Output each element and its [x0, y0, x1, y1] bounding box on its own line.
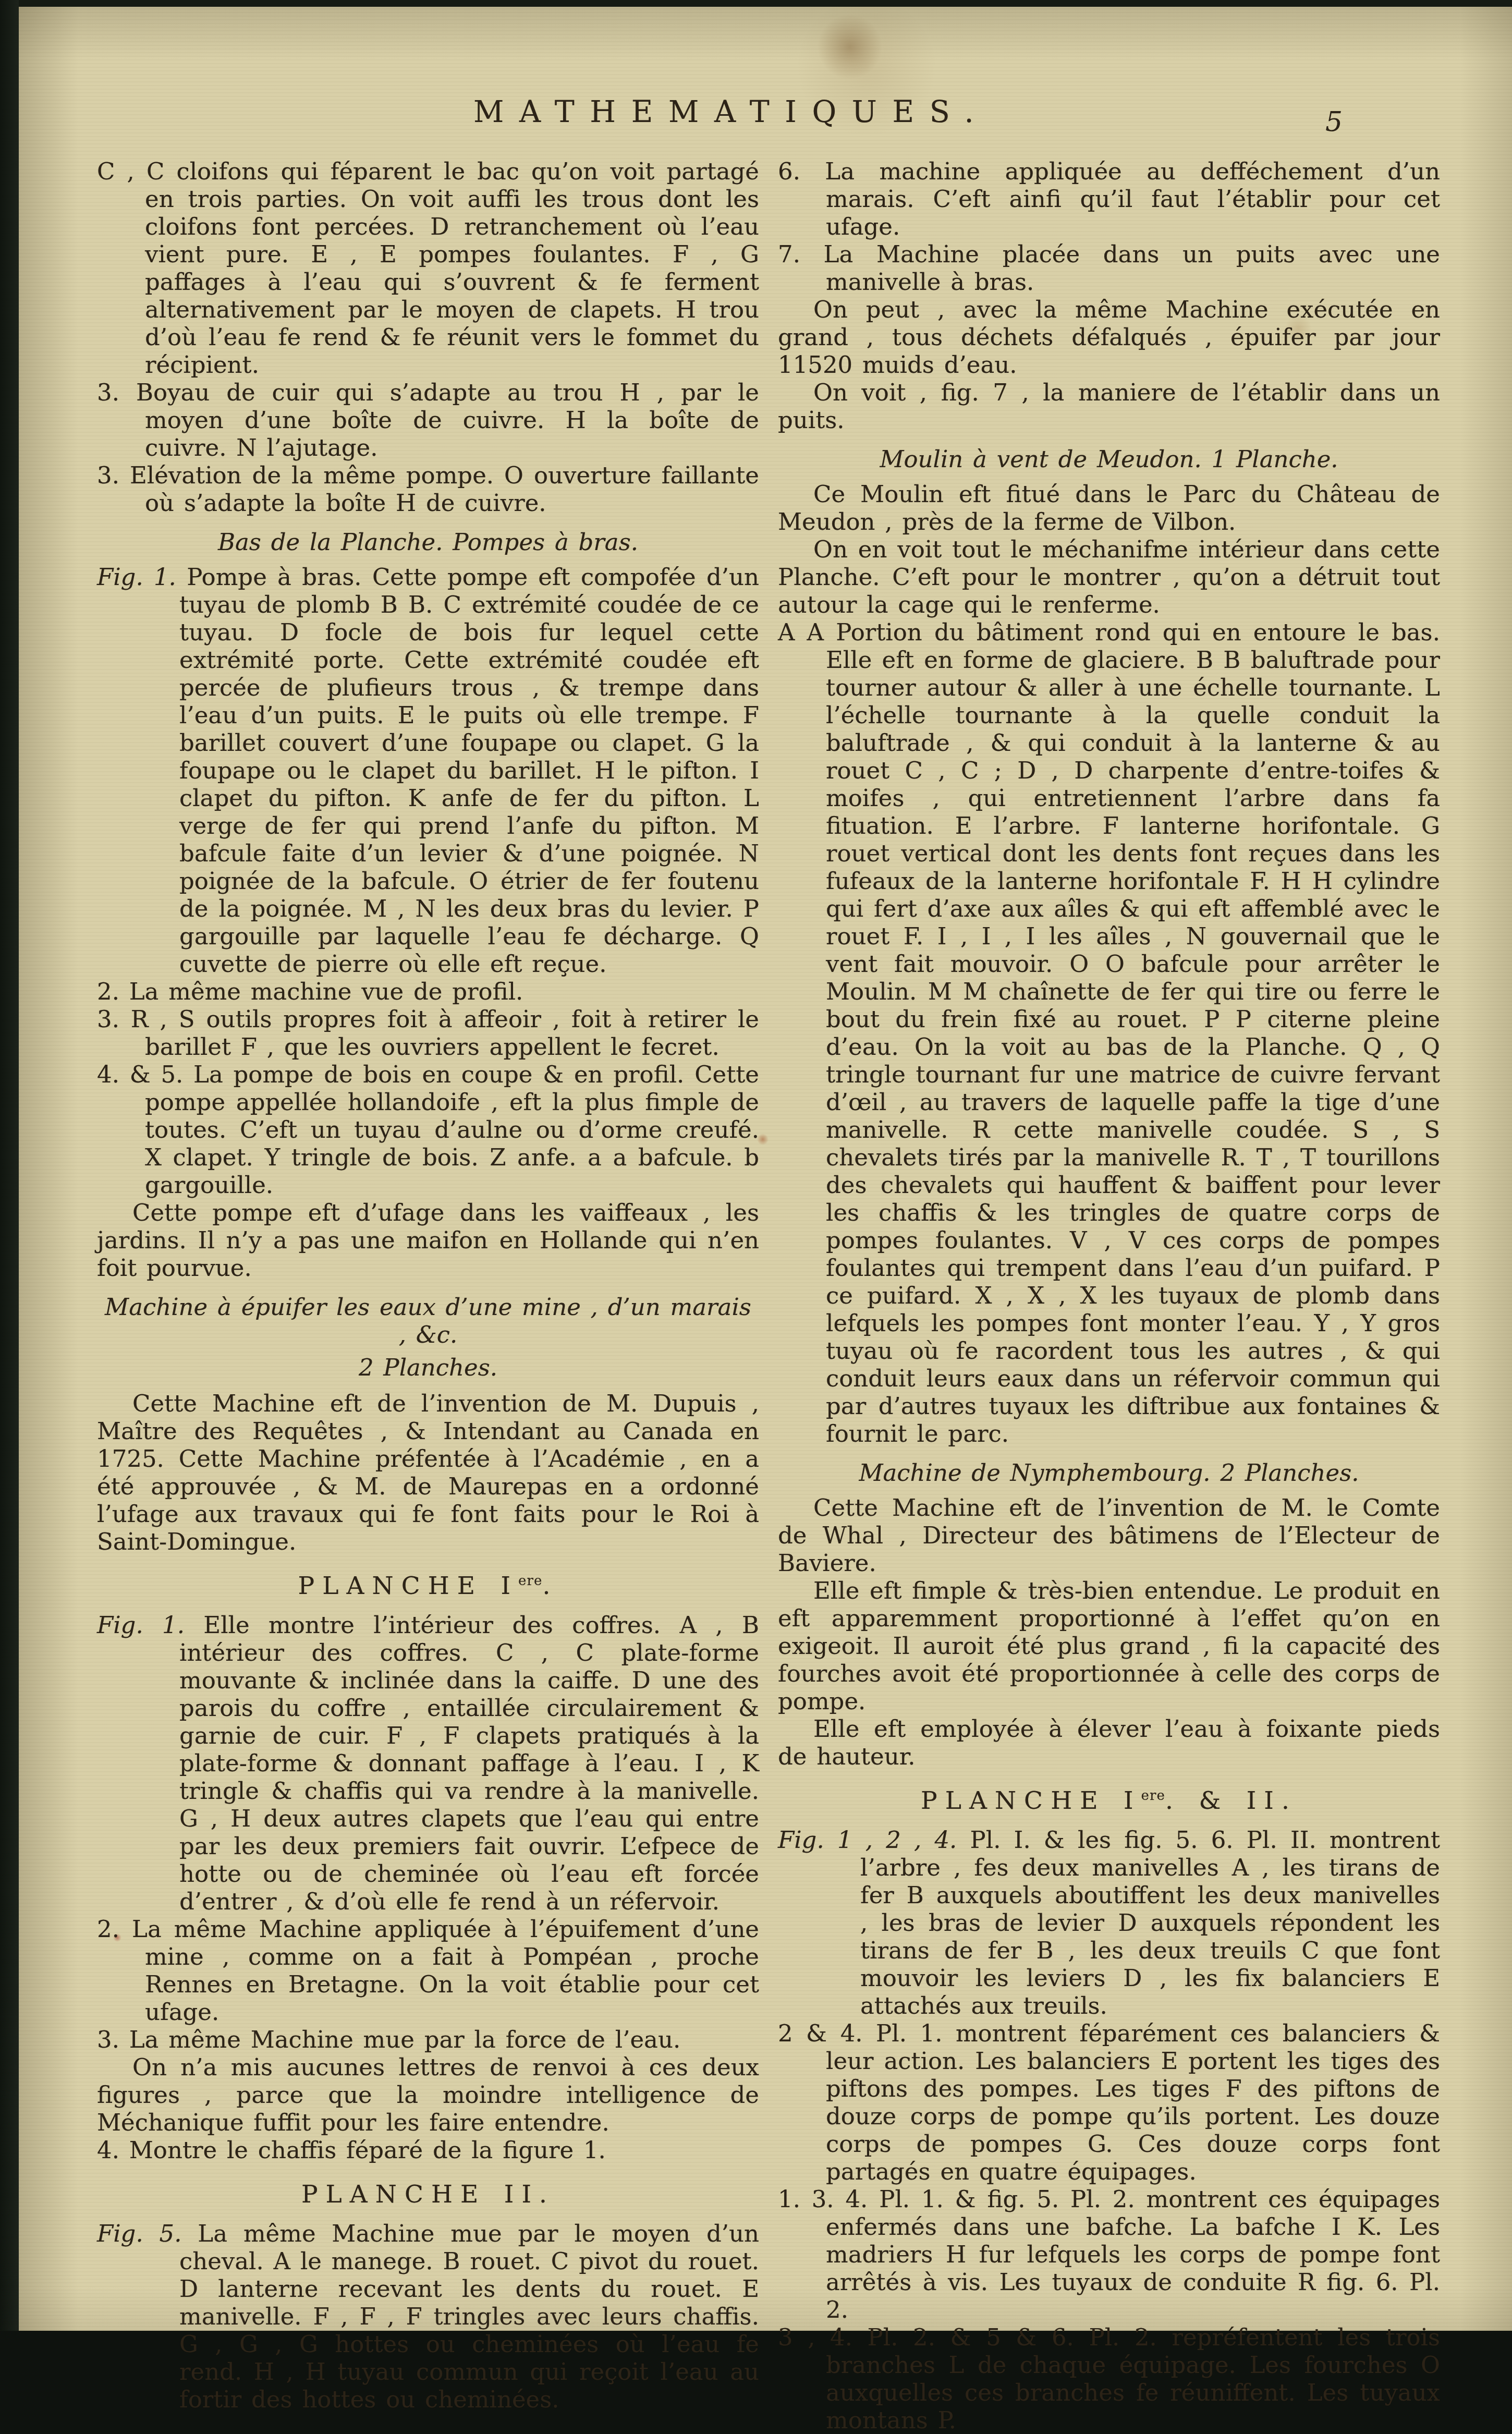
- figure-entry: 7. La Machine placée dans un puits avec …: [778, 240, 1440, 296]
- entry-label: 6.: [778, 157, 800, 185]
- entry-label: C , C: [97, 157, 164, 185]
- plate-heading: PLANCHE Iere.: [97, 1572, 759, 1600]
- figure-entry: Fig. 5. La même Machine mue par le moyen…: [97, 2220, 759, 2331]
- figure-entry: 3. R , S outils propres foit à affeoir ,…: [97, 1005, 759, 1061]
- paragraph: On peut , avec la même Machine exécutée …: [778, 296, 1440, 379]
- paragraph: Cette Machine eft de l’invention de M. l…: [778, 1494, 1440, 1577]
- entry-label: 4.: [97, 2136, 119, 2164]
- scan-edge-left: [0, 0, 19, 2331]
- page-title: MATHEMATIQUES.: [473, 95, 989, 129]
- section-heading: Machine de Nymphembourg. 2 Planches.: [778, 1459, 1440, 1487]
- entry-label: 2.: [97, 1915, 119, 1943]
- section-heading: Moulin à vent de Meudon. 1 Planche.: [778, 445, 1440, 473]
- page-number: 5: [1325, 106, 1343, 138]
- plate-heading-superscript: ere: [518, 1573, 542, 1589]
- figure-entry: Fig. 1 , 2 , 4. Pl. I. & les fig. 5. 6. …: [778, 1826, 1440, 2019]
- plate-heading: PLANCHE Iere. & II.: [778, 1787, 1440, 1815]
- entry-label: Fig. 1 , 2 , 4.: [778, 1826, 957, 1854]
- figure-entry: 1. 3. 4. Pl. 1. & fig. 5. Pl. 2. montren…: [778, 2185, 1440, 2323]
- entry-label: 3.: [97, 461, 119, 489]
- paragraph: Elle eft employée à élever l’eau à foixa…: [778, 1715, 1440, 1770]
- plate-heading-superscript: ere: [1141, 1788, 1165, 1804]
- paragraph: Ce Moulin eft fitué dans le Parc du Chât…: [778, 480, 1440, 536]
- figure-entry: 6. La machine appliquée au defféchement …: [778, 157, 1440, 240]
- section-heading: Machine à épuifer les eaux d’une mine , …: [97, 1293, 759, 1348]
- entry-label: 4. & 5.: [97, 1061, 183, 1088]
- entry-label: 3.: [97, 2026, 119, 2053]
- entry-label: Fig. 1.: [97, 1611, 185, 1639]
- figure-entry: 3 , 4. Pl. 2. & 5 & 6. Pl. 2. repréfente…: [778, 2323, 1440, 2331]
- figure-entry: 3. Boyau de cuir qui s’adapte au trou H …: [97, 379, 759, 461]
- paragraph: On en voit tout le méchanifme intérieur …: [778, 536, 1440, 618]
- plate-heading: PLANCHE II.: [97, 2181, 759, 2208]
- figure-entry: 2. La même machine vue de profil.: [97, 978, 759, 1005]
- figure-entry: Fig. 1. Pompe à bras. Cette pompe eft co…: [97, 563, 759, 978]
- figure-entry: 2 & 4. Pl. 1. montrent féparément ces ba…: [778, 2019, 1440, 2185]
- column-left: C , C cloifons qui féparent le bac qu’on…: [97, 157, 759, 2331]
- text-columns: C , C cloifons qui féparent le bac qu’on…: [97, 157, 1440, 2331]
- entry-label: Fig. 1.: [97, 563, 176, 591]
- entry-label: 7.: [778, 240, 800, 268]
- entry-label: 2 & 4.: [778, 2019, 863, 2047]
- scan-edge-top: [0, 0, 1512, 7]
- paragraph: Cette pompe eft d’ufage dans les vaiffea…: [97, 1199, 759, 1282]
- figure-entry: Fig. 1. Elle montre l’intérieur des coff…: [97, 1611, 759, 1915]
- figure-entry: 3. La même Machine mue par la force de l…: [97, 2026, 759, 2053]
- entry-label: 2.: [97, 978, 119, 1005]
- entry-label: 3.: [97, 1005, 119, 1033]
- entry-label: 3.: [97, 379, 119, 406]
- entry-label: A A: [778, 618, 824, 646]
- figure-entry: 4. & 5. La pompe de bois en coupe & en p…: [97, 1061, 759, 1199]
- figure-entry: 3. Elévation de la même pompe. O ouvertu…: [97, 461, 759, 517]
- figure-entry: 2. La même Machine appliquée à l’épuifem…: [97, 1915, 759, 2026]
- paragraph: On voit , fig. 7 , la maniere de l’établ…: [778, 379, 1440, 434]
- section-heading: 2 Planches.: [97, 1354, 759, 1381]
- paragraph: On n’a mis aucunes lettres de renvoi à c…: [97, 2053, 759, 2136]
- section-heading: Bas de la Planche. Pompes à bras.: [97, 528, 759, 556]
- entry-label: 1. 3. 4.: [778, 2185, 868, 2213]
- paragraph: Elle eft fimple & très-bien entendue. Le…: [778, 1577, 1440, 1715]
- figure-entry: 4. Montre le chaffis féparé de la figure…: [97, 2136, 759, 2164]
- scanned-page: MATHEMATIQUES. 5 C , C cloifons qui fépa…: [0, 0, 1512, 2331]
- running-header: MATHEMATIQUES. 5: [0, 0, 1512, 156]
- entry-label: 3 , 4.: [778, 2323, 852, 2331]
- figure-entry: C , C cloifons qui féparent le bac qu’on…: [97, 157, 759, 379]
- entry-label: Fig. 5.: [97, 2220, 182, 2247]
- figure-entry: A A Portion du bâtiment rond qui en ento…: [778, 618, 1440, 1447]
- column-right: 6. La machine appliquée au defféchement …: [778, 157, 1440, 2331]
- paragraph: Cette Machine eft de l’invention de M. D…: [97, 1390, 759, 1555]
